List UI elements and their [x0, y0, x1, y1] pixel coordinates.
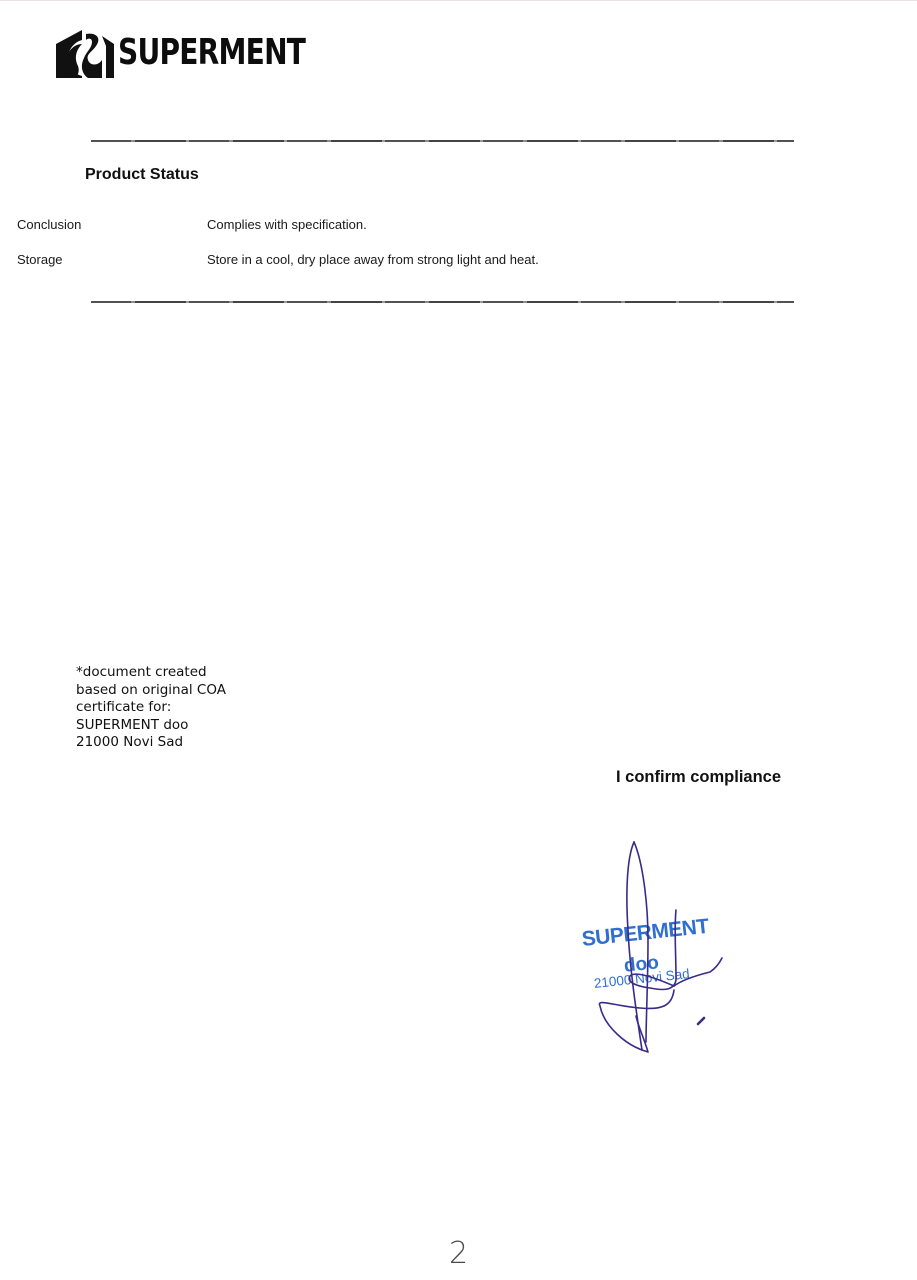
note-line: certificate for: — [76, 699, 226, 717]
storage-value: Store in a cool, dry place away from str… — [207, 252, 539, 267]
document-note: *document created based on original COA … — [76, 664, 226, 752]
note-line: *document created — [76, 664, 226, 682]
brand-name: SUPERMENT — [118, 35, 305, 71]
page-top-edge — [0, 0, 917, 1]
conclusion-label: Conclusion — [17, 217, 81, 232]
brand-logo: SUPERMENT — [52, 26, 358, 80]
confirm-compliance-text: I confirm compliance — [616, 768, 781, 787]
page-number: 2 — [0, 1236, 917, 1271]
divider-bottom — [91, 301, 794, 303]
section-title: Product Status — [85, 166, 199, 184]
handwritten-signature — [570, 830, 740, 1060]
divider-top — [91, 140, 794, 142]
note-line: SUPERMENT doo — [76, 717, 226, 735]
note-line: 21000 Novi Sad — [76, 734, 226, 752]
conclusion-value: Complies with specification. — [207, 217, 367, 232]
signature-block: SUPERMENT doo 21000 Novi Sad — [570, 830, 740, 1060]
note-line: based on original COA — [76, 682, 226, 700]
storage-label: Storage — [17, 252, 63, 267]
superment-logo-icon — [52, 26, 116, 80]
